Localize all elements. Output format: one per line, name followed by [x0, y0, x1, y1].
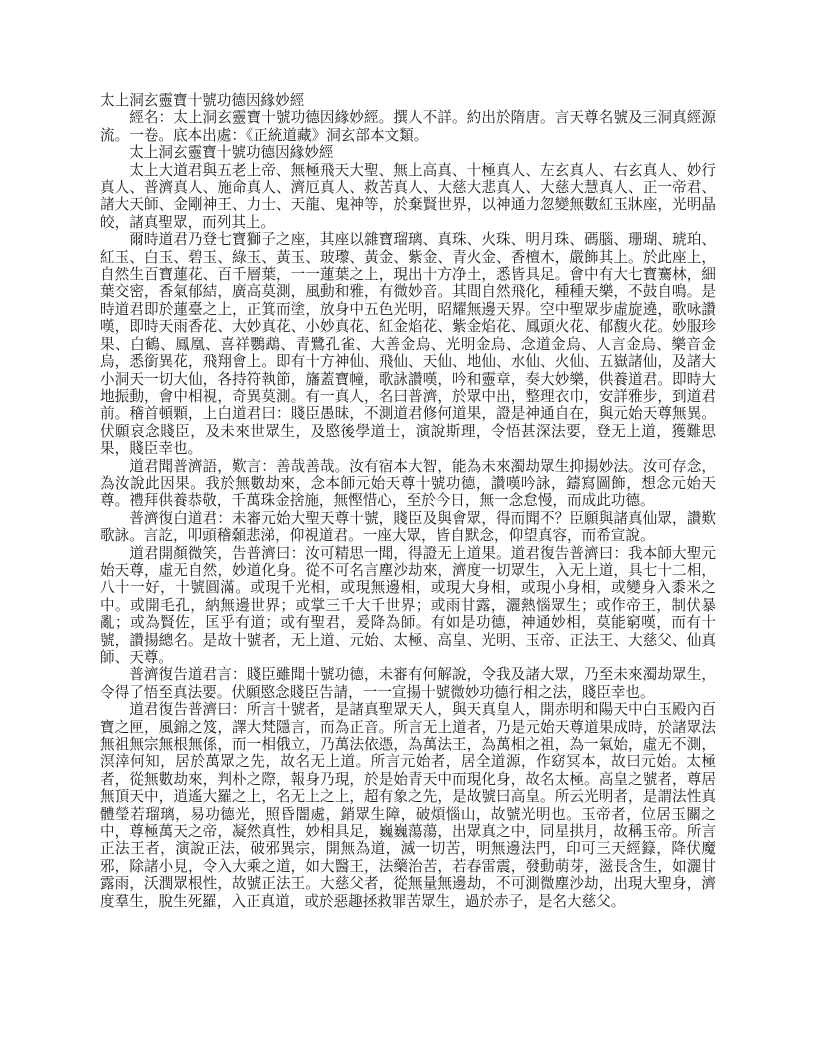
- paragraph: 道君復告普濟曰：所言十號者，是諸真聖眾天人，與天真皇人，開赤明和陽天中白玉殿內百…: [100, 701, 716, 910]
- paragraph: 太上洞玄靈寶十號功德因緣妙經: [100, 144, 716, 161]
- paragraph: 普濟復白道君：未審元始大聖天尊十號，賤臣及與會眾，得而聞不？臣願與諸真仙眾，讚歎…: [100, 510, 716, 545]
- paragraph: 太上大道君與五老上帝、無極飛天大聖、無上高真、十極真人、左玄真人、右玄真人、妙行…: [100, 162, 716, 232]
- paragraph: 道君開顏微笑，告普濟曰：汝可精思一聞，得證无上道果。道君復告普濟曰：我本師大聖元…: [100, 545, 716, 667]
- paragraph: 道君聞普濟語，歎言：善哉善哉。汝有宿本大智，能為未來濁劫眾生抑揚妙法。汝可存念，…: [100, 458, 716, 510]
- paragraph: 爾時道君乃登七寶獅子之座，其座以雜寶瑠璃、真珠、火珠、明月珠、碼腦、珊瑚、琥珀、…: [100, 231, 716, 457]
- paragraph: 普濟復告道君言：賤臣雖聞十號功德，未審有何解說，令我及諸大眾，乃至未來濁劫眾生，…: [100, 666, 716, 701]
- document-title: 太上洞玄靈寶十號功德因緣妙經: [100, 92, 716, 109]
- paragraph: 經名：太上洞玄靈寶十號功德因緣妙經。撰人不詳。約出於隋唐。言天尊名號及三洞真經源…: [100, 109, 716, 144]
- document-body: 經名：太上洞玄靈寶十號功德因緣妙經。撰人不詳。約出於隋唐。言天尊名號及三洞真經源…: [100, 109, 716, 910]
- scripture-page: 太上洞玄靈寶十號功德因緣妙經 經名：太上洞玄靈寶十號功德因緣妙經。撰人不詳。約出…: [100, 92, 716, 910]
